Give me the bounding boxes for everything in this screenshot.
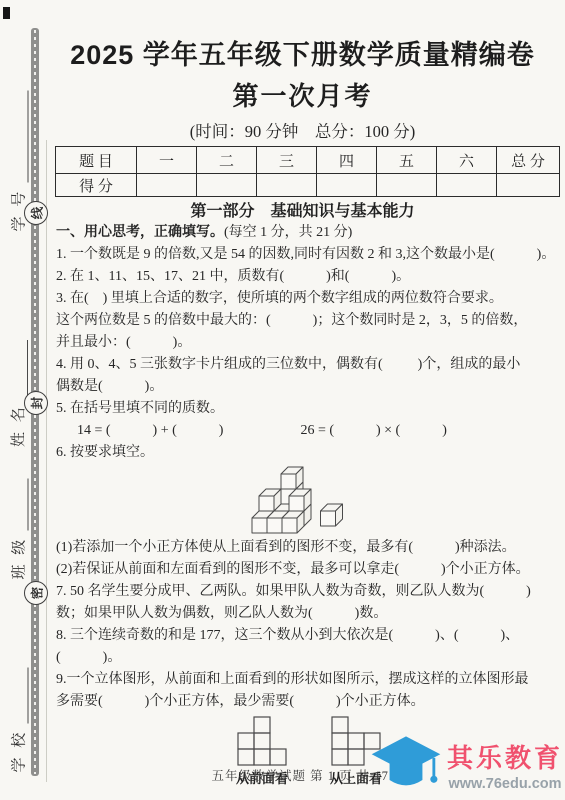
question-line: (2)若保证从前面和左面看到的图形不变，最多可以拿走( )个小正方体。	[56, 559, 562, 581]
question-line: 数；如果甲队人数为偶数，则乙队人数为( )数。	[56, 603, 562, 625]
score-table-cell: 题 目	[56, 147, 137, 174]
seal-blank-line	[14, 668, 29, 724]
brand-logo: 其乐教育 www.76edu.com	[370, 735, 563, 795]
seal-label-text: 学 校	[8, 730, 29, 773]
score-table-cell: 三	[257, 147, 317, 174]
section-heading-bold: 一、用心思考，正确填写。	[56, 223, 224, 239]
score-table-cell: 五	[377, 147, 437, 174]
question-line: 6. 按要求填空。	[56, 442, 562, 464]
seal-label-name: 姓 名	[7, 322, 28, 447]
question-line: 8. 三个连续奇数的和是 177，这三个数从小到大依次是( )、( )、	[56, 625, 562, 647]
scan-corner-mark	[3, 7, 10, 19]
seal-stamp-feng: 封	[24, 391, 48, 415]
question-line: 5. 在括号里填不同的质数。	[56, 398, 562, 420]
cube-stack-figure	[44, 464, 550, 537]
score-cell-empty	[317, 174, 377, 197]
score-cell-empty	[377, 174, 437, 197]
score-table-header-row: 题 目 一 二 三 四 五 六 总 分	[56, 147, 560, 174]
score-table-cell: 四	[317, 147, 377, 174]
question-line: 偶数是( )。	[56, 376, 562, 398]
score-table-cell: 一	[137, 147, 197, 174]
seal-blank-line	[13, 340, 28, 398]
exam-title-line1: 2025 学年五年级下册数学质量精编卷	[50, 33, 555, 72]
seal-stamp-xian: 线	[24, 201, 48, 225]
question-line: 7. 50 名学生要分成甲、乙两队。如果甲队人数为奇数，则乙队人数为( )	[56, 581, 562, 603]
graduation-cap-icon	[370, 735, 442, 795]
logo-name: 其乐教育	[447, 738, 563, 775]
score-table-score-row: 得 分	[56, 174, 560, 197]
front-view-drawing	[237, 716, 287, 766]
score-table-cell: 得 分	[56, 174, 137, 197]
question-line: 多需要( )个小正方体，最少需要( )个小正方体。	[56, 691, 562, 713]
seal-blank-line	[14, 91, 29, 183]
score-cell-empty	[257, 174, 317, 197]
cube-stack-drawing	[251, 466, 344, 534]
seal-label-text: 姓 名	[7, 404, 28, 447]
question-area: 一、用心思考，正确填写。(每空 1 分，共 21 分) 1. 一个数既是 9 的…	[56, 220, 562, 790]
page-crease-line	[46, 140, 47, 782]
question-line: 并且最小：( )。	[56, 332, 562, 354]
exam-page: 学 号 姓 名 班 级 学 校 线 封 密 2025 学年五年级下册数学质量精编…	[0, 0, 565, 800]
seal-blank-line	[14, 479, 29, 531]
part-title: 第一部分 基础知识与基本能力	[50, 198, 555, 221]
question-line: (1)若添加一个小正方体使从上面看到的图形不变，最多有( )种添法。	[56, 537, 562, 559]
section-heading: 一、用心思考，正确填写。(每空 1 分，共 21 分)	[56, 220, 562, 244]
question-line: ( )。	[56, 647, 562, 669]
score-table-cell: 二	[197, 147, 257, 174]
score-table-cell: 总 分	[497, 147, 560, 174]
seal-label-class: 班 级	[8, 462, 29, 580]
logo-text-block: 其乐教育 www.76edu.com	[447, 738, 563, 792]
exam-title-line2: 第一次月考	[50, 76, 555, 113]
seal-label-text: 班 级	[8, 537, 29, 580]
seal-stamp-mi: 密	[24, 581, 48, 605]
score-cell-empty	[437, 174, 497, 197]
question-line: 这个两位数是 5 的倍数中最大的：( )；这个数同时是 2，3，5 的倍数，	[56, 310, 562, 332]
exam-time-score-note: (时间：90 分钟 总分：100 分)	[50, 118, 555, 142]
question-line: 14 = ( ) + ( ) 26 = ( ) × ( )	[56, 420, 562, 442]
score-cell-empty	[497, 174, 560, 197]
question-line: 9.一个立体图形，从前面和上面看到的形状如图所示，摆成这样的立体图形最	[56, 669, 562, 691]
score-table-cell: 六	[437, 147, 497, 174]
logo-url: www.76edu.com	[448, 776, 561, 792]
seal-label-school: 学 校	[8, 649, 29, 773]
question-line: 4. 用 0、4、5 三张数字卡片组成的三位数中，偶数有( )个，组成的最小	[56, 354, 562, 376]
question-line: 3. 在( ) 里填上合适的数字，使所填的两个数字组成的两位数符合要求。	[56, 288, 562, 310]
question-line: 1. 一个数既是 9 的倍数,又是 54 的因数,同时有因数 2 和 3,这个数…	[56, 244, 562, 266]
question-line: 2. 在 1、11、15、17、21 中，质数有( )和( )。	[56, 266, 562, 288]
score-cell-empty	[197, 174, 257, 197]
score-cell-empty	[137, 174, 197, 197]
section-heading-note: (每空 1 分，共 21 分)	[224, 225, 352, 240]
score-table: 题 目 一 二 三 四 五 六 总 分 得 分	[55, 146, 560, 197]
